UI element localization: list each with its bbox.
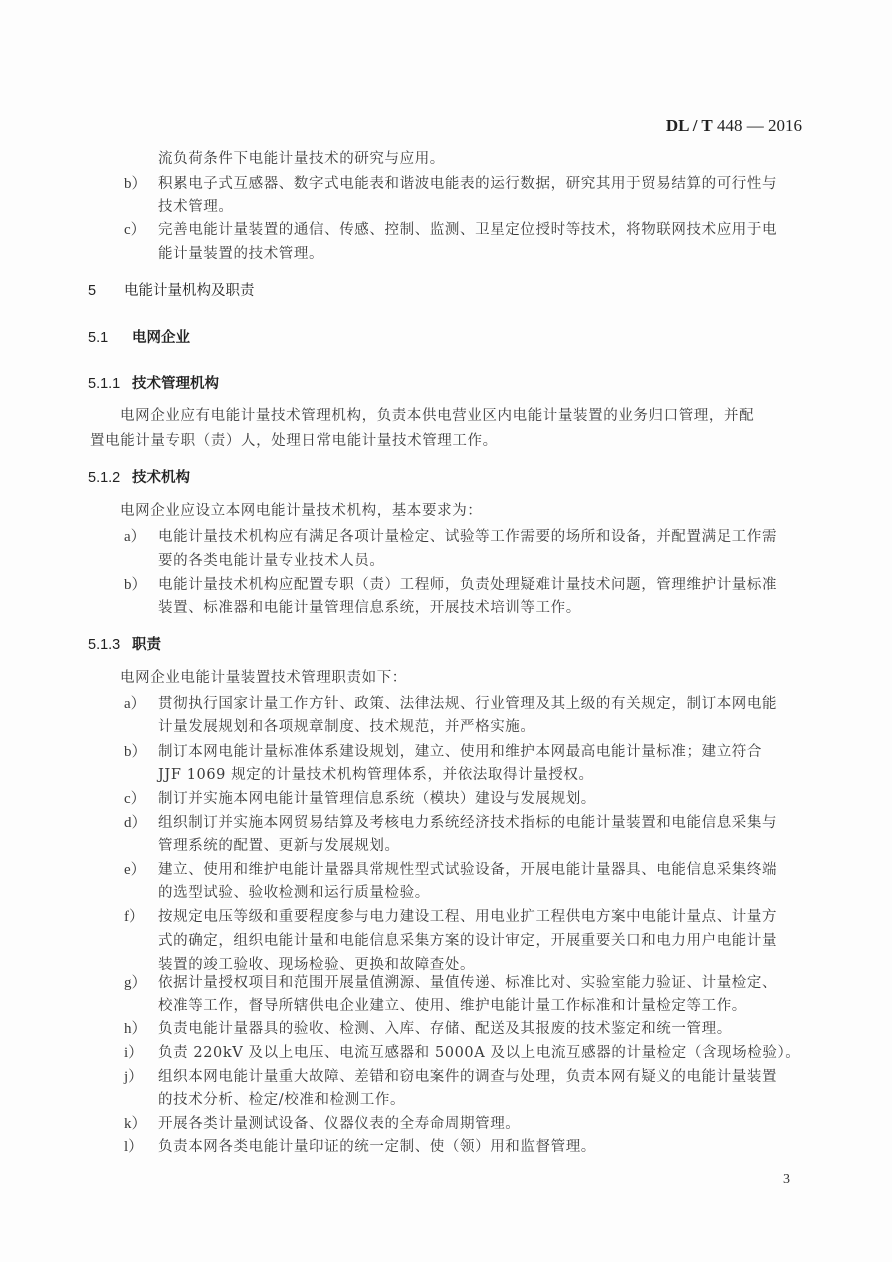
- section-heading-5-1: 5.1电网企业: [88, 329, 190, 347]
- paragraph-line: 电网企业应有电能计量技术管理机构，负责本供电营业区内电能计量装置的业务归口管理，…: [120, 407, 754, 425]
- list-label: f）: [124, 908, 144, 926]
- list-label: a）: [124, 528, 146, 546]
- paragraph-line: 电网企业应设立本网电能计量技术机构，基本要求为：: [120, 502, 482, 520]
- list-label: b）: [124, 743, 147, 761]
- list-text-line: 完善电能计量装置的通信、传感、控制、监测、卫星定位授时等技术，将物联网技术应用于…: [158, 221, 777, 239]
- list-label: e）: [124, 861, 146, 879]
- list-label: g）: [124, 974, 147, 992]
- section-number: 5.1.3: [88, 636, 132, 654]
- list-text-line: 式的确定，组织电能计量和电能信息采集方案的设计审定，开展重要关口和电力用户电能计…: [158, 932, 777, 950]
- list-continuation-line: 流负荷条件下电能计量技术的研究与应用。: [158, 150, 445, 168]
- list-text-line: 负责 220kV 及以上电压、电流互感器和 5000A 及以上电流互感器的计量检…: [158, 1044, 800, 1062]
- list-label: k）: [124, 1115, 147, 1133]
- list-text-line: 校准等工作，督导所辖供电企业建立、使用、维护电能计量工作标准和计量检定等工作。: [158, 997, 747, 1015]
- list-label: c）: [124, 790, 146, 808]
- list-text-line: 电能计量技术机构应配置专职（责）工程师，负责处理疑难计量技术问题，管理维护计量标…: [158, 576, 777, 594]
- list-text-line: 的选型试验、验收检测和运行质量检验。: [158, 884, 430, 902]
- section-title: 电能计量机构及职责: [124, 283, 255, 299]
- standard-number: 448 — 2016: [717, 116, 802, 135]
- list-text-line: 按规定电压等级和重要程度参与电力建设工程、用电业扩工程供电方案中电能计量点、计量…: [158, 908, 777, 926]
- list-label: h）: [124, 1020, 147, 1038]
- list-text-line: 技术管理。: [158, 198, 234, 216]
- paragraph-line: 置电能计量专职（责）人，处理日常电能计量技术管理工作。: [90, 432, 498, 450]
- section-heading-5-1-1: 5.1.1技术管理机构: [88, 375, 219, 393]
- paragraph-line: 电网企业电能计量装置技术管理职责如下：: [120, 669, 407, 687]
- list-text-line: 装置的竣工验收、现场检验、更换和故障查处。: [158, 956, 475, 974]
- list-text-line: 负责本网各类电能计量印证的统一定制、使（领）用和监督管理。: [158, 1138, 596, 1156]
- list-label: d）: [124, 814, 147, 832]
- list-text-line: 的技术分析、检定/校准和检测工作。: [158, 1091, 405, 1109]
- list-text-line: 组织制订并实施本网贸易结算及考核电力系统经济技术指标的电能计量装置和电能信息采集…: [158, 814, 777, 832]
- document-page: DL / T 448 — 2016 流负荷条件下电能计量技术的研究与应用。 b）…: [0, 0, 892, 1262]
- list-text-line: 计量发展规划和各项规章制度、技术规范，并严格实施。: [158, 718, 536, 736]
- list-label: a）: [124, 695, 146, 713]
- list-text-line: 制订本网电能计量标准体系建设规划，建立、使用和维护本网最高电能计量标准；建立符合: [158, 743, 762, 761]
- list-text-line: 装置、标准器和电能计量管理信息系统，开展技术培训等工作。: [158, 599, 581, 617]
- section-title: 技术机构: [132, 470, 190, 486]
- list-text-line: 建立、使用和维护电能计量器具常规性型式试验设备，开展电能计量器具、电能信息采集终…: [158, 861, 777, 879]
- section-number: 5.1.2: [88, 469, 132, 487]
- section-number: 5.1: [88, 329, 132, 347]
- list-label: j）: [124, 1068, 143, 1086]
- section-heading-5-1-2: 5.1.2技术机构: [88, 469, 190, 487]
- list-text-line: 能计量装置的技术管理。: [158, 245, 324, 263]
- list-label: c）: [124, 221, 146, 239]
- list-text-line: 制订并实施本网电能计量管理信息系统（模块）建设与发展规划。: [158, 790, 596, 808]
- section-title: 职责: [132, 637, 161, 653]
- list-label: l）: [124, 1138, 143, 1156]
- list-label: b）: [124, 576, 147, 594]
- list-text-line: JJF 1069 规定的计量技术机构管理体系，并依法取得计量授权。: [158, 766, 594, 784]
- list-label: b）: [124, 175, 147, 193]
- list-label: i）: [124, 1044, 143, 1062]
- list-text-line: 贯彻执行国家计量工作方针、政策、法律法规、行业管理及其上级的有关规定，制订本网电…: [158, 695, 777, 713]
- section-heading-5-1-3: 5.1.3职责: [88, 636, 161, 654]
- section-number: 5.1.1: [88, 375, 132, 393]
- list-text-line: 开展各类计量测试设备、仪器仪表的全寿命周期管理。: [158, 1115, 520, 1133]
- standard-header: DL / T 448 — 2016: [666, 116, 802, 136]
- section-number: 5: [88, 282, 124, 300]
- list-text-line: 管理系统的配置、更新与发展规划。: [158, 837, 400, 855]
- section-title: 电网企业: [132, 330, 190, 346]
- list-text-line: 负责电能计量器具的验收、检测、入库、存储、配送及其报废的技术鉴定和统一管理。: [158, 1020, 732, 1038]
- section-heading-5: 5电能计量机构及职责: [88, 282, 255, 300]
- section-title: 技术管理机构: [132, 376, 219, 392]
- list-text-line: 组织本网电能计量重大故障、差错和窃电案件的调查与处理，负责本网有疑义的电能计量装…: [158, 1068, 777, 1086]
- list-text-line: 依据计量授权项目和范围开展量值溯源、量值传递、标准比对、实验室能力验证、计量检定…: [158, 974, 777, 992]
- list-text-line: 电能计量技术机构应有满足各项计量检定、试验等工作需要的场所和设备，并配置满足工作…: [158, 528, 777, 546]
- list-text-line: 积累电子式互感器、数字式电能表和谐波电能表的运行数据，研究其用于贸易结算的可行性…: [158, 175, 777, 193]
- page-number: 3: [783, 1172, 790, 1188]
- standard-prefix: DL / T: [666, 116, 713, 135]
- list-text-line: 要的各类电能计量专业技术人员。: [158, 552, 385, 570]
